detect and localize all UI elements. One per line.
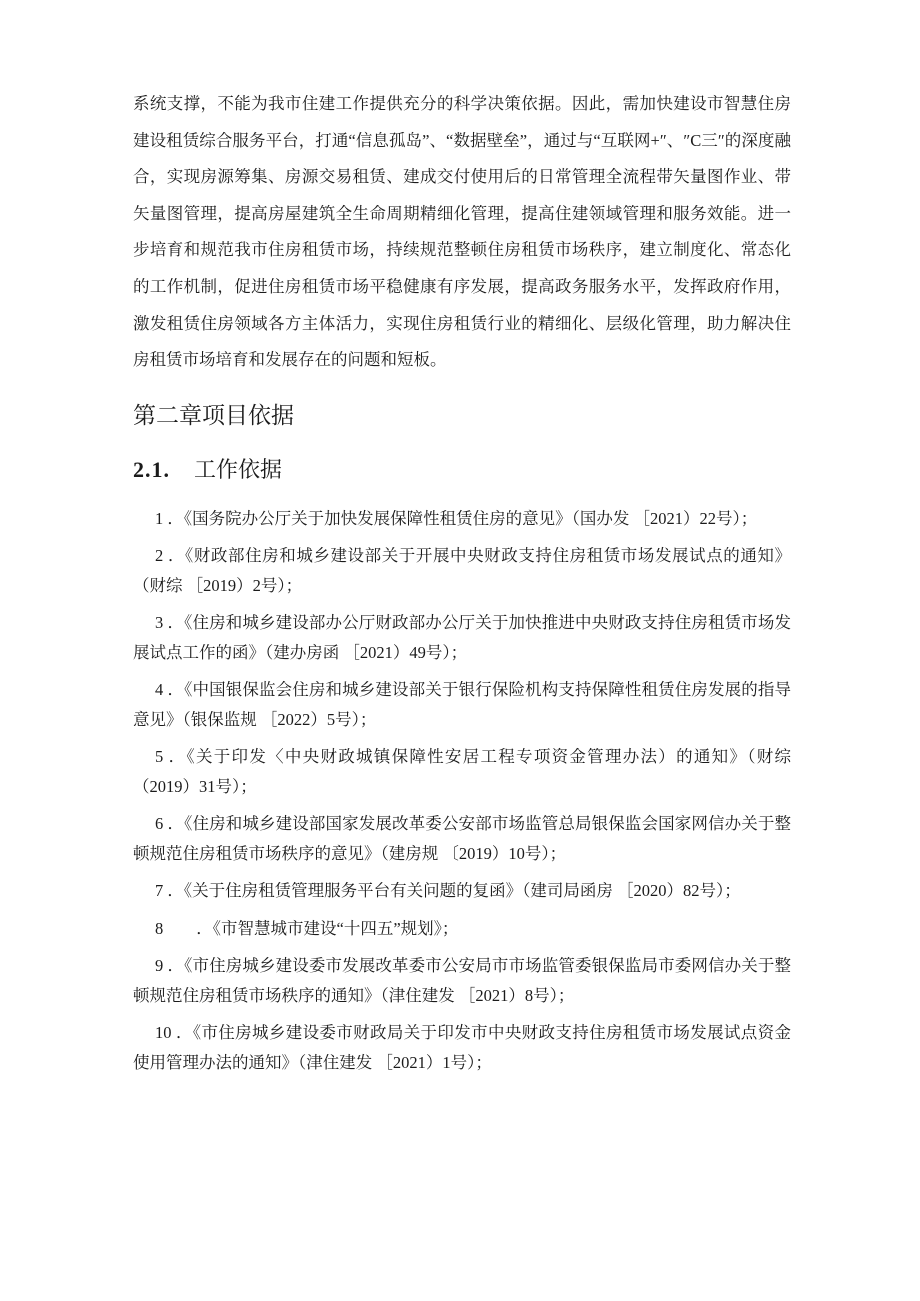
- reference-item: 1 ．《国务院办公厅关于加快发展保障性租赁住房的意见》（国办发 ［2021）22…: [133, 504, 791, 534]
- intro-paragraph: 系统支撑，不能为我市住建工作提供充分的科学决策依据。因此，需加快建设市智慧住房建…: [133, 0, 791, 379]
- section-number: 2.1.: [133, 457, 170, 482]
- reference-list: 1 ．《国务院办公厅关于加快发展保障性租赁住房的意见》（国办发 ［2021）22…: [133, 504, 791, 1078]
- reference-item: 6 ．《住房和城乡建设部国家发展改革委公安部市场监管总局银保监会国家网信办关于整…: [133, 809, 791, 868]
- chapter-heading: 第二章项目依据: [133, 401, 791, 431]
- section-title: 工作依据: [194, 457, 282, 482]
- reference-item: 7 ．《关于住房租赁管理服务平台有关问题的复函》（建司局函房 ［2020）82号…: [133, 876, 791, 906]
- section-heading: 2.1.工作依据: [133, 455, 791, 485]
- document-content: 系统支撑，不能为我市住建工作提供充分的科学决策依据。因此，需加快建设市智慧住房建…: [133, 0, 791, 1085]
- reference-item: 4 ．《中国银保监会住房和城乡建设部关于银行保险机构支持保障性租赁住房发展的指导…: [133, 675, 791, 734]
- reference-item: 2 ．《财政部住房和城乡建设部关于开展中央财政支持住房租赁市场发展试点的通知》（…: [133, 541, 791, 600]
- reference-item: 5 ．《关于印发〈中央财政城镇保障性安居工程专项资金管理办法）的通知》（财综 （…: [133, 742, 791, 801]
- reference-item: 8 ．《市智慧城市建设“十四五”规划》；: [133, 914, 791, 944]
- reference-item: 10 ．《市住房城乡建设委市财政局关于印发市中央财政支持住房租赁市场发展试点资金…: [133, 1018, 791, 1077]
- reference-item: 3 ．《住房和城乡建设部办公厅财政部办公厅关于加快推进中央财政支持住房租赁市场发…: [133, 608, 791, 667]
- document-page: 系统支撑，不能为我市住建工作提供充分的科学决策依据。因此，需加快建设市智慧住房建…: [0, 0, 920, 1301]
- reference-item: 9 ．《市住房城乡建设委市发展改革委市公安局市市场监管委银保监局市委网信办关于整…: [133, 951, 791, 1010]
